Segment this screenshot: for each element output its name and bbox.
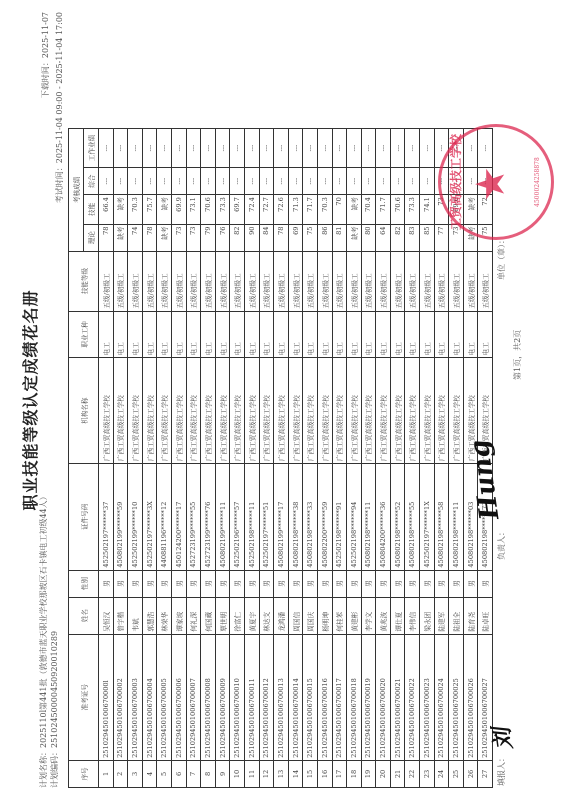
header-skill: 技能 [84, 195, 99, 224]
cell-skill: 70.3 [128, 195, 143, 224]
cell-id: 452502197******1X [420, 464, 435, 570]
plan-code-line: 计划编码：25102450000450920010289 [49, 458, 60, 788]
cell-occupation: 电工 [215, 311, 230, 358]
cell-name: 覃世明 [215, 597, 230, 634]
cell-level: 五级/初级工 [171, 251, 186, 311]
cell-ticket: 2510294501006700019 [361, 634, 376, 760]
cell-occupation: 电工 [332, 311, 347, 358]
cell-level: 五级/初级工 [244, 251, 259, 311]
cell-seq: 8 [201, 760, 216, 787]
plan-code: 25102450000450920010289 [50, 631, 59, 748]
cell-performance: --- [361, 129, 376, 168]
cell-theory: 81 [332, 224, 347, 251]
cell-name: 何国藏 [201, 597, 216, 634]
cell-seq: 12 [259, 760, 274, 787]
cell-performance: --- [186, 129, 201, 168]
cell-id: 450802198******55 [405, 464, 420, 570]
cell-theory: 82 [390, 224, 405, 251]
responsible: 负责人： [496, 528, 507, 560]
cell-ticket: 2510294501006700016 [317, 634, 332, 760]
cell-comprehensive: --- [303, 168, 318, 195]
cell-comprehensive: --- [215, 168, 230, 195]
cell-seq: 20 [376, 760, 391, 787]
cell-ticket: 2510294501006700023 [420, 634, 435, 760]
cell-name: 李伟信 [405, 597, 420, 634]
responsible-label: 负责人： [497, 528, 506, 560]
cell-level: 五级/初级工 [201, 251, 216, 311]
cell-skill: 69.7 [230, 195, 245, 224]
table-row: 192510294501006700019李学文男450802198******… [361, 129, 376, 788]
table-row: 182510294501006700018黄建彬男452502198******… [347, 129, 362, 788]
cell-comprehensive: --- [157, 168, 172, 195]
cell-theory: 73 [186, 224, 201, 251]
cell-performance: --- [215, 129, 230, 168]
cell-org: 广西工贸高级技工学校 [303, 358, 318, 464]
cell-skill: 70.6 [390, 195, 405, 224]
cell-theory: 82 [230, 224, 245, 251]
cell-skill: 70.6 [201, 195, 216, 224]
table-row: 72510294501006700007何礼深男452723199******5… [186, 129, 201, 788]
cell-comprehensive: --- [99, 168, 114, 195]
cell-ticket: 2510294501006700020 [376, 634, 391, 760]
cell-skill: 缺考 [157, 195, 172, 224]
cell-org: 广西工贸高级技工学校 [317, 358, 332, 464]
cell-occupation: 电工 [434, 311, 449, 358]
cell-performance: --- [420, 129, 435, 168]
cell-seq: 17 [332, 760, 347, 787]
cell-name: 黄夏宇 [244, 597, 259, 634]
cell-occupation: 电工 [288, 311, 303, 358]
cell-ticket: 2510294501006700022 [405, 634, 420, 760]
cell-id: 450802198******38 [288, 464, 303, 570]
cell-id: 450802200******59 [317, 464, 332, 570]
cell-performance: --- [390, 129, 405, 168]
cell-comprehensive: --- [376, 168, 391, 195]
exam-time-label: 考试时间： [55, 163, 64, 203]
cell-skill: 75.7 [142, 195, 157, 224]
cell-theory: 69 [288, 224, 303, 251]
cell-gender: 男 [230, 570, 245, 597]
cell-skill: 缺考 [113, 195, 128, 224]
cell-name: 谭仕夏 [390, 597, 405, 634]
table-row: 1251029450100670000l吴恒汉男452502197******3… [99, 129, 114, 788]
table-row: 52510294501006700005林荣华男440881196******1… [157, 129, 172, 788]
cell-org: 广西工贸高级技工学校 [157, 358, 172, 464]
star-icon: ★ [471, 166, 511, 202]
cell-theory: 缺考 [157, 224, 172, 251]
cell-level: 五级/初级工 [332, 251, 347, 311]
cell-org: 广西工贸高级技工学校 [434, 358, 449, 464]
cell-seq: 15 [303, 760, 318, 787]
table-row: 22510294501006700002曾宇楷男450802199******5… [113, 129, 128, 788]
cell-id: 452502198******94 [347, 464, 362, 570]
cell-org: 广西工贸高级技工学校 [420, 358, 435, 464]
cell-comprehensive: --- [186, 168, 201, 195]
table-row: 152510294501006700015周国庆男450802198******… [303, 129, 318, 788]
header-theory: 理论 [84, 224, 99, 251]
cell-ticket: 2510294501006700008 [201, 634, 216, 760]
cell-occupation: 电工 [142, 311, 157, 358]
header-ticket: 准考证号 [69, 634, 99, 760]
cell-skill: 73.3 [405, 195, 420, 224]
cell-ticket: 2510294501006700015 [303, 634, 318, 760]
cell-id: 440881196******12 [157, 464, 172, 570]
cell-comprehensive: --- [142, 168, 157, 195]
cell-performance: --- [405, 129, 420, 168]
cell-theory: 78 [142, 224, 157, 251]
cell-gender: 男 [317, 570, 332, 597]
cell-occupation: 电工 [99, 311, 114, 358]
cell-comprehensive: --- [244, 168, 259, 195]
cell-theory: 76 [215, 224, 230, 251]
cell-ticket: 2510294501006700004 [142, 634, 157, 760]
cell-name: 谭家坡 [171, 597, 186, 634]
cell-level: 五级/初级工 [186, 251, 201, 311]
cell-ticket: 2510294501006700010 [230, 634, 245, 760]
cell-seq: 11 [244, 760, 259, 787]
cell-id: 452502198******11 [244, 464, 259, 570]
cell-occupation: 电工 [347, 311, 362, 358]
cell-occupation: 电工 [390, 311, 405, 358]
exam-time-value: 2025-11-04 09:00 - 2025-11-04 17:00 [55, 12, 64, 163]
cell-comprehensive: --- [390, 168, 405, 195]
cell-skill: 72.4 [244, 195, 259, 224]
cell-ticket: 2510294501006700012 [259, 634, 274, 760]
cell-name: 陆祖全 [449, 597, 464, 634]
cell-ticket: 2510294501006700013 [274, 634, 289, 760]
cell-gender: 男 [142, 570, 157, 597]
cell-name: 何桂苯 [332, 597, 347, 634]
cell-id: 450802198******11 [361, 464, 376, 570]
table-row: 212510294501006700021谭仕夏男450802198******… [390, 129, 405, 788]
plan-code-label: 计划编码： [50, 748, 59, 788]
cell-gender: 男 [99, 570, 114, 597]
cell-id: 452502196******57 [230, 464, 245, 570]
cell-ticket: 2510294501006700025 [449, 634, 464, 760]
cell-comprehensive: --- [113, 168, 128, 195]
cell-ticket: 2510294501006700009 [215, 634, 230, 760]
cell-ticket: 2510294501006700014 [288, 634, 303, 760]
cell-name: 何礼深 [186, 597, 201, 634]
cell-occupation: 电工 [113, 311, 128, 358]
cell-seq: 21 [390, 760, 405, 787]
cell-name: 陆建军 [434, 597, 449, 634]
cell-comprehensive: --- [128, 168, 143, 195]
cell-performance: --- [128, 129, 143, 168]
cell-seq: 23 [420, 760, 435, 787]
cell-gender: 男 [113, 570, 128, 597]
cell-name: 周国信 [288, 597, 303, 634]
header-org: 机构名称 [69, 358, 99, 464]
cell-occupation: 电工 [259, 311, 274, 358]
cell-theory: 78 [274, 224, 289, 251]
cell-id: 452502198******91 [332, 464, 347, 570]
header-comprehensive: 综合 [84, 168, 99, 195]
cell-performance: --- [332, 129, 347, 168]
cell-skill: 74.1 [420, 195, 435, 224]
cell-seq: 27 [478, 760, 493, 787]
cell-org: 广西工贸高级技工学校 [449, 358, 464, 464]
table-row: 162510294501006700016杨明坤男450802200******… [317, 129, 332, 788]
cell-org: 广西工贸高级技工学校 [186, 358, 201, 464]
cell-name: 黄建彬 [347, 597, 362, 634]
seal-code: 4500024258878 [534, 127, 541, 237]
table-row: 222510294501006700022李伟信男450802198******… [405, 129, 420, 788]
cell-occupation: 电工 [171, 311, 186, 358]
page-info: 第1页，共2页 [512, 330, 523, 380]
cell-name: 杨明坤 [317, 597, 332, 634]
cell-level: 五级/初级工 [99, 251, 114, 311]
cell-level: 五级/初级工 [113, 251, 128, 311]
cell-skill: 73.1 [186, 195, 201, 224]
cell-skill: 72.6 [274, 195, 289, 224]
header-scores: 考核成绩 [69, 129, 84, 252]
cell-seq: 14 [288, 760, 303, 787]
table-row: 202510294501006700020黄兆波男450804200******… [376, 129, 391, 788]
unit-seal-label: 单位（章）： [496, 236, 507, 280]
cell-skill: 72.7 [259, 195, 274, 224]
cell-performance: --- [244, 129, 259, 168]
table-row: 32510294501006700003韦斌男452502199******10… [128, 129, 143, 788]
cell-comprehensive: --- [259, 168, 274, 195]
cell-level: 五级/初级工 [405, 251, 420, 311]
cell-level: 五级/初级工 [376, 251, 391, 311]
cell-seq: 4 [142, 760, 157, 787]
cell-comprehensive: --- [347, 168, 362, 195]
cell-org: 广西工贸高级技工学校 [230, 358, 245, 464]
table-row: 132510294501006700013龙鸿潘男450802199******… [274, 129, 289, 788]
cell-occupation: 电工 [303, 311, 318, 358]
cell-level: 五级/初级工 [347, 251, 362, 311]
cell-id: 452723199******55 [186, 464, 201, 570]
cell-theory: 90 [244, 224, 259, 251]
table-row: 82510294501006700008何国藏男452723199******7… [201, 129, 216, 788]
cell-comprehensive: --- [274, 168, 289, 195]
header-level: 技能等级 [69, 251, 99, 311]
cell-seq: 16 [317, 760, 332, 787]
cell-theory: 80 [361, 224, 376, 251]
cell-id: 452502197******51 [259, 464, 274, 570]
cell-id: 450124200******17 [171, 464, 186, 570]
cell-level: 五级/初级工 [215, 251, 230, 311]
cell-ticket: 2510294501006700024 [434, 634, 449, 760]
cell-gender: 男 [463, 570, 478, 597]
exam-time: 考试时间：2025-11-04 09:00 - 2025-11-04 17:00 [54, 12, 65, 203]
cell-org: 广西工贸高级技工学校 [274, 358, 289, 464]
plan-info: 计划名称：2025110l第441批（敦德市蓝天职业学校那坡区石卡镇电工初级44… [38, 458, 60, 788]
cell-seq: 22 [405, 760, 420, 787]
cell-skill: 70 [332, 195, 347, 224]
cell-gender: 男 [478, 570, 493, 597]
cell-org: 广西工贸高级技工学校 [128, 358, 143, 464]
cell-name: 郭慧浩 [142, 597, 157, 634]
cell-comprehensive: --- [317, 168, 332, 195]
cell-level: 五级/初级工 [142, 251, 157, 311]
cell-id: 450802199******11 [215, 464, 230, 570]
cell-name: 李学文 [361, 597, 376, 634]
cell-level: 五级/初级工 [449, 251, 464, 311]
filler-label: 填报人： [497, 754, 506, 786]
cell-seq: 1 [99, 760, 114, 787]
download-time-value: 2025-11-07 [41, 12, 50, 58]
cell-org: 广西工贸高级技工学校 [361, 358, 376, 464]
cell-name: 韦斌 [128, 597, 143, 634]
cell-org: 广西工贸高级技工学校 [405, 358, 420, 464]
cell-gender: 男 [434, 570, 449, 597]
cell-theory: 79 [201, 224, 216, 251]
cell-id: 452502197******3X [142, 464, 157, 570]
cell-skill: 69.9 [171, 195, 186, 224]
cell-id: 450802199******17 [274, 464, 289, 570]
cell-org: 广西工贸高级技工学校 [171, 358, 186, 464]
cell-skill: 70.3 [317, 195, 332, 224]
cell-id: 450802198******52 [390, 464, 405, 570]
plan-name: 2025110l第441批（敦德市蓝天职业学校那坡区石卡镇电工初级44人） [39, 492, 48, 748]
cell-gender: 男 [449, 570, 464, 597]
cell-gender: 男 [347, 570, 362, 597]
cell-ticket: 2510294501006700007 [186, 634, 201, 760]
cell-occupation: 电工 [274, 311, 289, 358]
cell-skill: 71.7 [303, 195, 318, 224]
cell-seq: 25 [449, 760, 464, 787]
cell-performance: --- [99, 129, 114, 168]
table-row: 142510294501006700014周国信男450802198******… [288, 129, 303, 788]
cell-occupation: 电工 [157, 311, 172, 358]
cell-name: 龙鸿潘 [274, 597, 289, 634]
cell-comprehensive: --- [361, 168, 376, 195]
cell-seq: 10 [230, 760, 245, 787]
cell-performance: --- [288, 129, 303, 168]
cell-performance: --- [201, 129, 216, 168]
cell-comprehensive: --- [288, 168, 303, 195]
cell-occupation: 电工 [449, 311, 464, 358]
cell-org: 广西工贸高级技工学校 [259, 358, 274, 464]
cell-seq: 13 [274, 760, 289, 787]
cell-gender: 男 [361, 570, 376, 597]
cell-performance: --- [171, 129, 186, 168]
cell-org: 广西工贸高级技工学校 [390, 358, 405, 464]
cell-theory: 83 [405, 224, 420, 251]
cell-org: 广西工贸高级技工学校 [99, 358, 114, 464]
cell-occupation: 电工 [317, 311, 332, 358]
cell-name: 陆育尧 [463, 597, 478, 634]
cell-level: 五级/初级工 [259, 251, 274, 311]
cell-gender: 男 [157, 570, 172, 597]
cell-skill: 70.4 [361, 195, 376, 224]
cell-theory: 84 [259, 224, 274, 251]
table-row: 112510294501006700011黄夏宇男452502198******… [244, 129, 259, 788]
cell-org: 广西工贸高级技工学校 [288, 358, 303, 464]
cell-performance: --- [157, 129, 172, 168]
cell-id: 450802198******33 [303, 464, 318, 570]
cell-gender: 男 [274, 570, 289, 597]
cell-org: 广西工贸高级技工学校 [332, 358, 347, 464]
cell-level: 五级/初级工 [288, 251, 303, 311]
cell-name: 梁永团 [420, 597, 435, 634]
header-performance: 工作业绩 [84, 129, 99, 168]
cell-id: 450804200******36 [376, 464, 391, 570]
cell-performance: --- [317, 129, 332, 168]
cell-name: 林达支 [259, 597, 274, 634]
plan-name-line: 计划名称：2025110l第441批（敦德市蓝天职业学校那坡区石卡镇电工初级44… [38, 458, 49, 788]
cell-gender: 男 [376, 570, 391, 597]
cell-seq: 26 [463, 760, 478, 787]
cell-occupation: 电工 [420, 311, 435, 358]
cell-comprehensive: --- [201, 168, 216, 195]
cell-id: 450802199******59 [113, 464, 128, 570]
table-row: 122510294501006700012林达支男452502197******… [259, 129, 274, 788]
cell-org: 广西工贸高级技工学校 [244, 358, 259, 464]
header-id: 证件号码 [69, 464, 99, 570]
cell-ticket: 2510294501006700021 [390, 634, 405, 760]
roster-page: 职业技能等级认定成绩花名册 计划名称：2025110l第441批（敦德市蓝天职业… [0, 0, 566, 800]
cell-skill: 71.7 [376, 195, 391, 224]
table-row: 92510294501006700009覃世明男450802199******1… [215, 129, 230, 788]
cell-ticket: 2510294501006700017 [332, 634, 347, 760]
cell-occupation: 电工 [230, 311, 245, 358]
cell-id: 452723199******76 [201, 464, 216, 570]
cell-occupation: 电工 [478, 311, 493, 358]
cell-gender: 男 [332, 570, 347, 597]
cell-seq: 9 [215, 760, 230, 787]
cell-seq: 5 [157, 760, 172, 787]
cell-level: 五级/初级工 [390, 251, 405, 311]
cell-seq: 24 [434, 760, 449, 787]
cell-gender: 男 [244, 570, 259, 597]
cell-seq: 2 [113, 760, 128, 787]
cell-theory: 缺考 [113, 224, 128, 251]
cell-performance: --- [113, 129, 128, 168]
cell-ticket: 2510294501006700018 [347, 634, 362, 760]
cell-ticket: 2510294501006700003 [128, 634, 143, 760]
cell-gender: 男 [201, 570, 216, 597]
cell-name: 林荣华 [157, 597, 172, 634]
table-row: 232510294501006700023梁永团男452502197******… [420, 129, 435, 788]
cell-skill: 缺考 [347, 195, 362, 224]
cell-level: 五级/初级工 [128, 251, 143, 311]
table-row: 102510294501006700010徐富仁男452502196******… [230, 129, 245, 788]
cell-name: 徐富仁 [230, 597, 245, 634]
cell-occupation: 电工 [376, 311, 391, 358]
cell-level: 五级/初级工 [434, 251, 449, 311]
cell-gender: 男 [390, 570, 405, 597]
cell-occupation: 电工 [463, 311, 478, 358]
cell-ticket: 251029450100670000l [99, 634, 114, 760]
table-row: 62510294501006700006谭家坡男450124200******1… [171, 129, 186, 788]
cell-comprehensive: --- [230, 168, 245, 195]
cell-id: 450802198******11 [449, 464, 464, 570]
cell-gender: 男 [186, 570, 201, 597]
cell-ticket: 2510294501006700002 [113, 634, 128, 760]
cell-level: 五级/初级工 [230, 251, 245, 311]
cell-comprehensive: --- [405, 168, 420, 195]
cell-performance: --- [259, 129, 274, 168]
cell-name: 曾宇楷 [113, 597, 128, 634]
cell-theory: 73 [171, 224, 186, 251]
download-time-label: 下载时间： [41, 58, 50, 98]
cell-level: 五级/初级工 [274, 251, 289, 311]
cell-org: 广西工贸高级技工学校 [376, 358, 391, 464]
cell-gender: 男 [303, 570, 318, 597]
cell-id: 452502197******37 [99, 464, 114, 570]
cell-occupation: 电工 [361, 311, 376, 358]
cell-gender: 男 [215, 570, 230, 597]
cell-level: 五级/初级工 [463, 251, 478, 311]
cell-performance: --- [230, 129, 245, 168]
cell-level: 五级/初级工 [317, 251, 332, 311]
cell-org: 广西工贸高级技工学校 [347, 358, 362, 464]
official-seal-stamp: 工贸高级技工学校 ★ 4500024258878 [438, 124, 554, 240]
